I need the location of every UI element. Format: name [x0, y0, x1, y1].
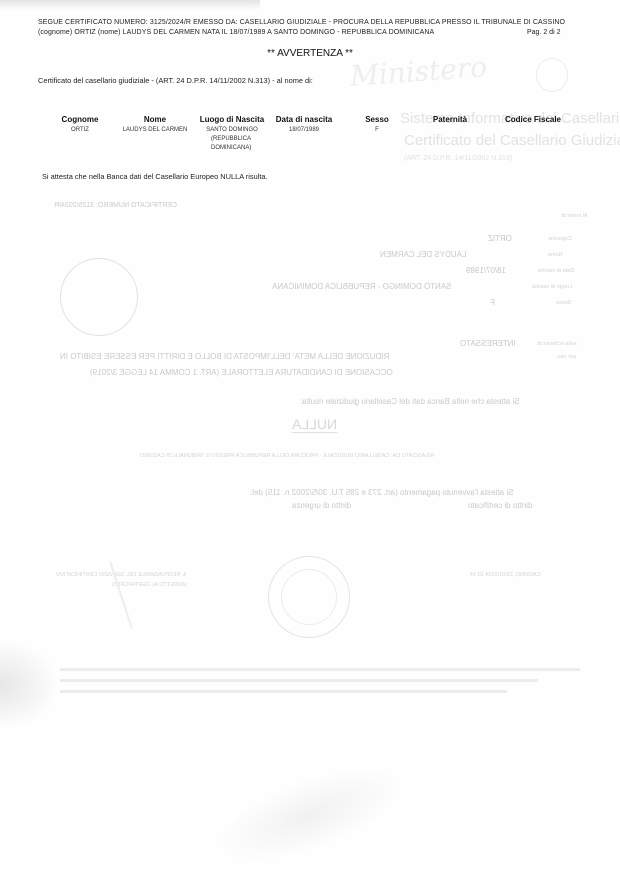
scan-shadow [0, 0, 260, 10]
bleed-value: INTERESSATO [460, 339, 516, 348]
bleed-subtitle: (ART. 24 D.P.R. 14/11/2002 N.313) [404, 155, 512, 162]
cell-cognome: ORTIZ [52, 126, 108, 135]
col-header-sesso: Sesso [352, 115, 402, 124]
bleed-value: ORTIZ [488, 234, 512, 243]
bleed-value: F [490, 298, 495, 307]
attestation-text: Si attesta che nella Banca dati del Case… [42, 172, 268, 181]
bleed-al-nome: Al nome di: [560, 213, 588, 219]
republic-emblem-icon [536, 58, 568, 92]
col-header-paternita: Paternità [420, 115, 480, 124]
cell-luogo-line: (REPUBBLICA [205, 135, 269, 144]
col-header-data: Data di nascita [272, 115, 336, 124]
cell-data: 18/07/1989 [272, 126, 336, 135]
bleed-value: 18/07/1989 [466, 266, 506, 275]
bleed-text: diritto di urgenza [292, 501, 351, 510]
col-header-codice-fiscale: Codice Fiscale [495, 115, 571, 124]
bleed-title: Certificato del Casellario Giudiziale [404, 132, 620, 149]
header-line-1: SEGUE CERTIFICATO NUMERO: 3125/2024/R EM… [38, 19, 565, 26]
bleed-text: IL RESPONSABILE DEL SERVIZIO CERTIFICATI… [56, 572, 186, 578]
bleed-label: sulla richiesta di: [536, 341, 577, 347]
bleed-label: per uso: [556, 354, 576, 360]
bleed-value: OCCASIONE DI CANDIDATURA ELETTORALE (ART… [90, 368, 393, 377]
bleed-value: RIDUZIONE DELLA META' DELL'IMPOSTA DI BO… [60, 352, 389, 361]
bleed-text: Si attesta l'avvenuto pagamento (art. 27… [250, 488, 514, 497]
bleed-label: Sesso [556, 300, 571, 306]
bleed-label: Nome [548, 252, 563, 258]
document-page: Ministero Sistema Informativo del Casell… [0, 0, 620, 877]
cell-nome: LAUDYS DEL CARMEN [120, 126, 190, 135]
bleed-nulla: NULLA [292, 416, 337, 433]
col-header-nome: Nome [120, 115, 190, 124]
bleed-text: RILASCIATO DA: CASELLARIO GIUDIZIALE - P… [140, 453, 434, 459]
bleed-value: LAUDYS DEL CARMEN [380, 250, 466, 259]
warning-title: ** AVVERTENZA ** [0, 48, 620, 59]
bleed-text: Si attesta che nella Banca dati del Case… [300, 397, 520, 406]
cell-luogo-line: DOMINICANA) [205, 144, 269, 153]
bleed-value: SANTO DOMINGO - REPUBBLICA DOMINICANA [272, 282, 451, 291]
col-header-luogo: Luogo di Nascita [195, 115, 269, 124]
bleed-cert-number: CERTIFICATO NUMERO: 3125/2024/R [54, 202, 177, 209]
bleed-footnote [60, 668, 580, 701]
cell-sesso: F [352, 126, 402, 135]
bleed-text: diritto di certificato [468, 501, 532, 510]
scan-smudge [204, 748, 416, 877]
seal-icon [268, 556, 350, 638]
scan-shadow [0, 640, 60, 730]
cell-luogo: SANTO DOMINGO (REPUBBLICA DOMINICANA) [195, 126, 269, 153]
stamp-icon [60, 258, 138, 336]
bleed-label: Data di nascita [538, 268, 574, 274]
bleed-label: Cognome [548, 236, 572, 242]
header-line-2: (cognome) ORTIZ (nome) LAUDYS DEL CARMEN… [38, 29, 434, 36]
intro-text: Certificato del casellario giudiziale - … [38, 76, 313, 85]
cell-luogo-line: SANTO DOMINGO [195, 126, 269, 135]
col-header-cognome: Cognome [52, 115, 108, 124]
bleed-text: (ADDETTO AL CERTIFICATO) [112, 582, 187, 588]
page-number: Pag. 2 di 2 [527, 29, 560, 36]
bleed-label: Luogo di nascita [532, 284, 572, 290]
bleed-text: CASSINO, 23/01/2024 10:14 [470, 572, 541, 578]
